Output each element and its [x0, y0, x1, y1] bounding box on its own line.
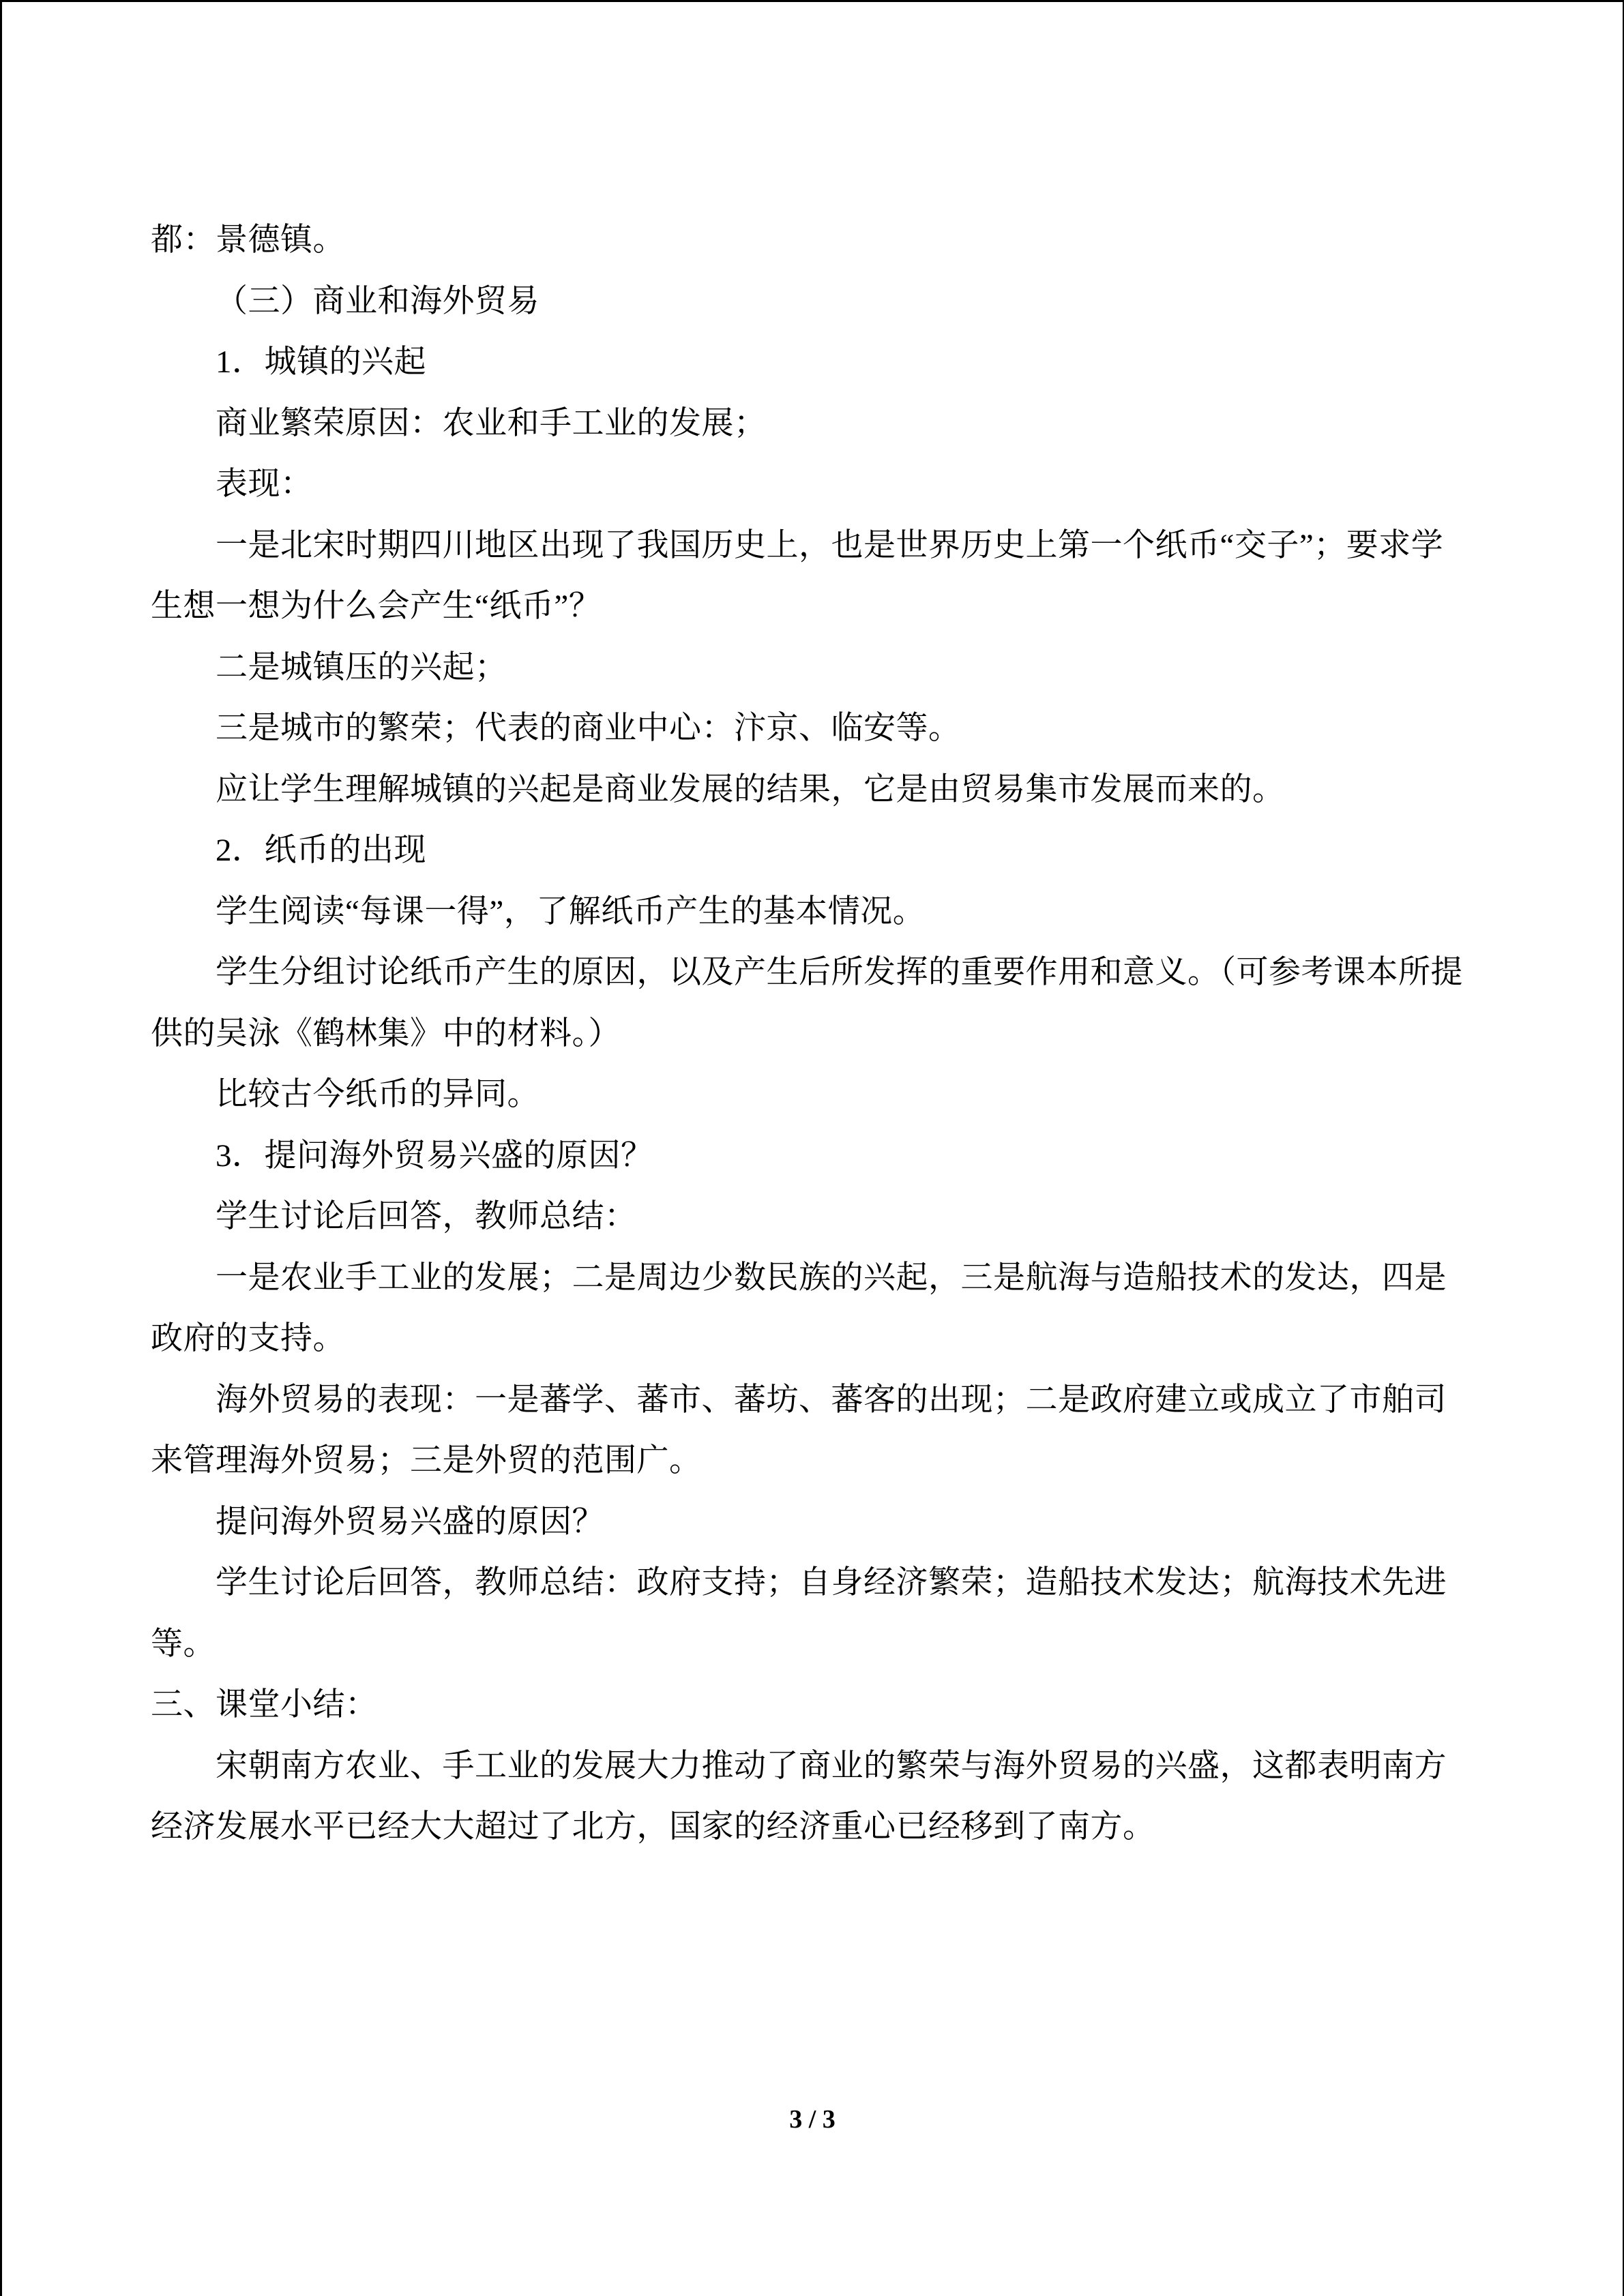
text-line: 提问海外贸易兴盛的原因？: [151, 1492, 1529, 1553]
text-line: 来管理海外贸易；三是外贸的范围广。: [151, 1431, 1529, 1492]
text-line: 宋朝南方农业、手工业的发展大力推动了商业的繁荣与海外贸易的兴盛，这都表明南方: [151, 1736, 1529, 1798]
document-page: 都：景德镇。 （三）商业和海外贸易 1．城镇的兴起 商业繁荣原因：农业和手工业的…: [0, 0, 1624, 2296]
text-line: 表现：: [151, 454, 1529, 516]
text-line: 3．提问海外贸易兴盛的原因？: [151, 1126, 1529, 1187]
text-line: 学生分组讨论纸币产生的原因，以及产生后所发挥的重要作用和意义。（可参考课本所提: [151, 942, 1529, 1004]
text-line: （三）商业和海外贸易: [151, 271, 1529, 333]
document-body: 都：景德镇。 （三）商业和海外贸易 1．城镇的兴起 商业繁荣原因：农业和手工业的…: [151, 210, 1529, 1858]
text-line: 比较古今纸币的异同。: [151, 1064, 1529, 1126]
text-line: 政府的支持。: [151, 1309, 1529, 1370]
text-line: 经济发展水平已经大大超过了北方，国家的经济重心已经移到了南方。: [151, 1797, 1529, 1858]
text-line: 学生讨论后回答，教师总结：: [151, 1187, 1529, 1248]
text-line: 二是城镇压的兴起；: [151, 638, 1529, 699]
text-line: 2．纸币的出现: [151, 820, 1529, 882]
text-line: 应让学生理解城镇的兴起是商业发展的结果，它是由贸易集市发展而来的。: [151, 760, 1529, 821]
text-line: 学生阅读“每课一得”，了解纸币产生的基本情况。: [151, 882, 1529, 943]
text-line: 三是城市的繁荣；代表的商业中心：汴京、临安等。: [151, 698, 1529, 760]
page-footer: 3 / 3: [2, 2104, 1623, 2135]
text-line: 1．城镇的兴起: [151, 332, 1529, 393]
text-line: 海外贸易的表现：一是蕃学、蕃市、蕃坊、蕃客的出现；二是政府建立或成立了市舶司: [151, 1370, 1529, 1431]
text-line: 等。: [151, 1614, 1529, 1675]
text-line: 供的吴泳《鹤林集》中的材料。）: [151, 1004, 1529, 1065]
text-line: 商业繁荣原因：农业和手工业的发展；: [151, 393, 1529, 455]
page-number: 3 / 3: [789, 2105, 836, 2134]
text-line: 学生讨论后回答，教师总结：政府支持；自身经济繁荣；造船技术发达；航海技术先进: [151, 1553, 1529, 1614]
text-line: 三、课堂小结：: [151, 1675, 1529, 1736]
text-line: 一是北宋时期四川地区出现了我国历史上，也是世界历史上第一个纸币“交子”；要求学: [151, 516, 1529, 577]
text-line: 都：景德镇。: [151, 210, 1529, 271]
text-line: 生想一想为什么会产生“纸币”？: [151, 576, 1529, 638]
text-line: 一是农业手工业的发展；二是周边少数民族的兴起，三是航海与造船技术的发达，四是: [151, 1248, 1529, 1309]
